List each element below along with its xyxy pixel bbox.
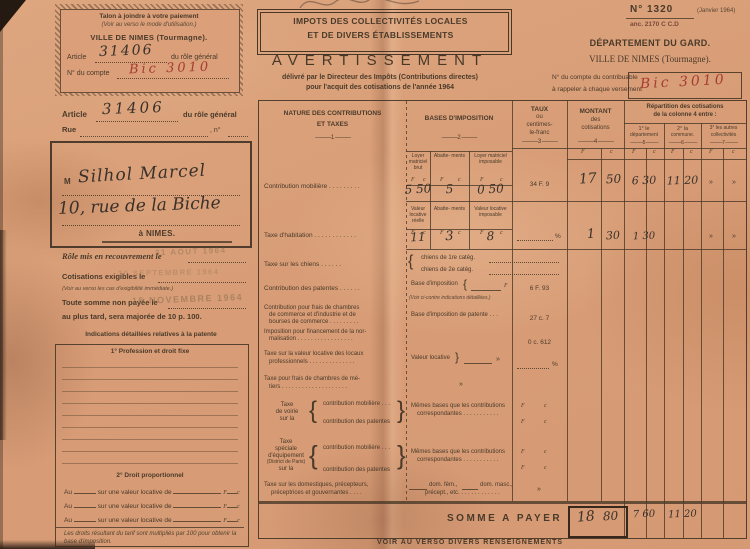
subheader-loyer-brut: Loyer matriciel brut bbox=[407, 154, 429, 171]
chiens-brace: { bbox=[408, 253, 413, 271]
chiens-base1-leader bbox=[489, 262, 559, 263]
f-blank bbox=[227, 500, 237, 508]
subheader-abattements: Abatte- ments bbox=[431, 154, 468, 160]
voirie-brace-open: { bbox=[309, 397, 317, 425]
row-normalisation-l2: malisation . . . . . . . . . . . . . . .… bbox=[269, 336, 353, 343]
f-blank bbox=[227, 486, 237, 494]
locaux-base-brace: } bbox=[455, 351, 459, 365]
unit-f: F bbox=[671, 149, 675, 156]
patentes-note: (Voir ci-contre indications détaillées.) bbox=[409, 296, 491, 302]
form-number-rule bbox=[626, 18, 694, 19]
row-domestiques-l1: Taxe sur les domestiques, précepteurs, bbox=[264, 482, 368, 489]
row-chambres-l1: Contribution pour frais de chambres bbox=[264, 305, 359, 312]
row-voirie-s2: de voirie bbox=[267, 409, 307, 416]
date-stamp-1: 31 AOUT 1964 bbox=[155, 246, 227, 258]
subheader-vl-reelle: Valeur locative réelle bbox=[407, 207, 429, 224]
col-commune-header2: commune. bbox=[664, 133, 701, 139]
col-number-6: 6 bbox=[664, 141, 701, 147]
row-equipement-s1: Taxe bbox=[263, 439, 309, 446]
droit-prop-line-1: Au sur une valeur locative de Fc bbox=[64, 486, 240, 497]
value-abattements2: 3 bbox=[431, 229, 469, 246]
value-abattements: 5 bbox=[431, 182, 469, 198]
col-number-2: 2 bbox=[406, 135, 512, 142]
payment-stub: Talon à joindre à votre paiement (Voir a… bbox=[55, 4, 243, 96]
taux-domestiques-ditto: » bbox=[537, 486, 541, 494]
unit-c: c bbox=[653, 149, 656, 156]
row-equipement-s4: (District de Paris) bbox=[263, 460, 309, 466]
subheader-abattements2: Abatte- ments bbox=[431, 207, 468, 213]
stub-article-value: 31406 bbox=[99, 42, 154, 60]
equipement-item1: contribution mobilière . . . bbox=[323, 445, 390, 452]
somme-a-payer-label: SOMME A PAYER bbox=[447, 513, 562, 525]
unit-c: c bbox=[544, 465, 547, 472]
value-vl-reelle: 11 bbox=[403, 230, 434, 245]
col-montant-header3: cotisations bbox=[567, 125, 624, 132]
autres-habitation-ditto-c: » bbox=[732, 233, 736, 241]
stub-line1: Talon à joindre à votre paiement bbox=[61, 13, 237, 20]
grid-line bbox=[406, 151, 512, 152]
montant-habitation-c: 30 bbox=[606, 230, 621, 243]
equipement-brace-close: } bbox=[397, 441, 406, 471]
department-title: DÉPARTEMENT DU GARD. bbox=[558, 38, 742, 48]
col-number-3: 3 bbox=[512, 139, 567, 146]
stub-article-label: Article bbox=[67, 54, 86, 62]
taxpayer-name: Silhol Marcel bbox=[78, 162, 207, 188]
row-voirie-s3: sur la bbox=[267, 416, 307, 423]
recouvrement-line1-blank bbox=[188, 262, 246, 263]
civility-label: M bbox=[64, 177, 71, 186]
montant-mobiliere-c: 50 bbox=[606, 173, 622, 188]
article-suffix: du rôle général bbox=[183, 111, 237, 120]
taux-chambres: 27 c. 7 bbox=[512, 315, 567, 322]
unit-c: c bbox=[732, 149, 735, 156]
subheader-vl-imposable: Valeur locative imposable bbox=[470, 207, 511, 219]
ruled-line bbox=[62, 403, 238, 404]
chambres-base: Base d'imposition de patente . . . bbox=[411, 312, 498, 319]
montant-habitation-f: 1 bbox=[586, 228, 595, 243]
equipement-brace-open: { bbox=[309, 441, 318, 471]
taxpayer-city: à NIMES. bbox=[112, 229, 202, 238]
au-mid: sur une valeur locative de bbox=[98, 503, 172, 510]
unit-f: F bbox=[709, 149, 713, 156]
voirie-item2: contribution des patentes bbox=[323, 419, 390, 426]
ruled-line bbox=[62, 415, 238, 416]
centime-label: c bbox=[237, 490, 240, 496]
autres-mobiliere-ditto-c: » bbox=[732, 179, 736, 187]
vl-blank bbox=[173, 514, 221, 522]
montant-mobiliere-f: 17 bbox=[578, 170, 597, 187]
grid-line bbox=[259, 501, 746, 504]
rue-n-line bbox=[228, 136, 248, 137]
au-blank bbox=[74, 514, 96, 522]
col-nature-header1: NATURE DES CONTRIBUTIONS bbox=[259, 110, 406, 117]
au-blank bbox=[74, 500, 96, 508]
taux-locaux-blank bbox=[517, 368, 549, 369]
avertissement-title: AVERTISSEMENT bbox=[250, 52, 510, 69]
unit-f: F bbox=[521, 403, 525, 410]
row-metiers-l2: tiers . . . . . . . . . . . . . . . . . … bbox=[269, 384, 347, 391]
chiens-base2: chiens de 2e catég. bbox=[421, 267, 473, 274]
somme-dept: 7 60 bbox=[624, 508, 664, 521]
unit-c: c bbox=[544, 403, 547, 410]
scan-corner-top-left bbox=[0, 0, 26, 32]
chiens-base2-leader bbox=[489, 274, 559, 275]
row-locaux-l2: professionnels . . . . . . . . . . . . .… bbox=[269, 359, 354, 366]
droit-prop-line-2: Au sur une valeur locative de Fc bbox=[64, 500, 240, 511]
col-number-7: 7 bbox=[701, 141, 746, 147]
unit-c: c bbox=[544, 419, 547, 426]
ruled-line bbox=[62, 379, 238, 380]
centime-label: c bbox=[237, 504, 240, 510]
au-mid: sur une valeur locative de bbox=[98, 517, 172, 524]
grid-line bbox=[624, 101, 625, 538]
au-label: Au bbox=[64, 489, 72, 496]
unit-c: c bbox=[610, 149, 613, 156]
vl-blank bbox=[173, 500, 221, 508]
commune-mobiliere: 11 20 bbox=[664, 174, 701, 188]
unit-f: F bbox=[521, 465, 525, 472]
col-nature-header2: ET TAXES bbox=[259, 121, 406, 128]
unit-f: F bbox=[521, 419, 525, 426]
patente-section1: 1° Profession et droit fixe bbox=[56, 348, 244, 355]
address-line bbox=[62, 225, 240, 226]
taux-mobiliere: 34 F. 9 bbox=[512, 181, 567, 188]
grid-line bbox=[683, 148, 684, 538]
au-label: Au bbox=[64, 503, 72, 510]
vl-blank bbox=[173, 486, 221, 494]
row-voirie-s1: Taxe bbox=[267, 402, 307, 409]
row-patentes-label: Contribution des patentes . . . . . . bbox=[264, 285, 360, 292]
dept-habitation: 1 30 bbox=[624, 230, 664, 243]
grid-line bbox=[567, 101, 568, 501]
title-box-line2: ET DE DIVERS ÉTABLISSEMENTS bbox=[261, 31, 500, 41]
grid-line bbox=[624, 123, 746, 124]
domestiques-base1b: dom. masc., bbox=[480, 482, 513, 489]
ruled-line bbox=[62, 427, 238, 428]
grid-line bbox=[406, 249, 746, 250]
col-number-5: 5 bbox=[624, 141, 664, 147]
scanned-tax-notice: Talon à joindre à votre paiement (Voir a… bbox=[0, 0, 750, 549]
f-blank bbox=[227, 514, 237, 522]
patente-box: 1° Profession et droit fixe 2° Droit pro… bbox=[55, 344, 249, 547]
ruled-line bbox=[62, 391, 238, 392]
row-locaux-l1: Taxe sur la valeur locative des locaux bbox=[264, 351, 363, 358]
date-stamp-2: 30 SEPTEMBRE 1964 bbox=[118, 268, 220, 278]
domestiques-base2: précept., etc. . . . . . . . . . . . . bbox=[425, 490, 500, 497]
col-taux-header4: le-franc bbox=[512, 130, 567, 137]
form-number: N° 1320 bbox=[630, 4, 673, 16]
row-normalisation-l1: Imposition pour financement de la nor- bbox=[264, 329, 366, 336]
recouvrement-note: (Voir au verso les cas d'exigibilité imm… bbox=[62, 286, 173, 292]
autres-habitation-ditto-f: » bbox=[709, 233, 713, 241]
rue-n-label: , n° bbox=[210, 127, 221, 135]
value-loyer-imposable: 0 50 bbox=[470, 182, 512, 198]
ruled-line bbox=[62, 451, 238, 452]
city-title: VILLE DE NIMES (Tourmagne). bbox=[558, 54, 742, 64]
equipement-base1: Mêmes bases que les contributions bbox=[411, 449, 505, 456]
col-taux-header1: TAUX bbox=[512, 106, 567, 113]
dept-mobiliere: 6 30 bbox=[624, 174, 664, 188]
city-rule bbox=[102, 241, 232, 243]
masthead-subtitle1: délivré par le Directeur des Impôts (Con… bbox=[250, 74, 510, 82]
col-autres-header2: collectivités bbox=[701, 133, 746, 139]
somme-montant-f: 18 bbox=[576, 508, 595, 526]
tax-table: NATURE DES CONTRIBUTIONS ET TAXES 1 BASE… bbox=[258, 100, 747, 539]
patentes-base-brace: { bbox=[463, 278, 467, 292]
row-metiers-l1: Taxe pour frais de chambres de mé- bbox=[264, 376, 360, 383]
col-number-4: 4 bbox=[567, 139, 624, 146]
taux-normalisation: 0 c. 612 bbox=[512, 339, 567, 346]
autres-mobiliere-ditto-f: » bbox=[709, 179, 713, 187]
stub-account-value: Bic 3010 bbox=[129, 61, 212, 79]
voirie-base1: Mêmes bases que les contributions bbox=[411, 403, 505, 410]
subheader-loyer-imposable: Loyer matriciel imposable bbox=[470, 154, 511, 166]
rue-label: Rue bbox=[62, 126, 76, 135]
rue-line bbox=[80, 136, 208, 137]
unit-f: F bbox=[632, 149, 636, 156]
metiers-ditto: » bbox=[459, 381, 463, 389]
article-value: 31406 bbox=[102, 99, 165, 118]
grid-line bbox=[512, 101, 513, 501]
voirie-base2: correspondantes . . . . . . . . . . . bbox=[417, 411, 498, 418]
locaux-base-blank bbox=[464, 363, 492, 364]
taux-habitation-percent: % bbox=[555, 233, 561, 240]
col-autres-header1: 3° les autres bbox=[701, 126, 746, 132]
recouvrement-line3-blank bbox=[168, 308, 246, 309]
voirie-brace-close: } bbox=[397, 397, 405, 425]
locaux-base: Valeur locative bbox=[411, 355, 450, 362]
row-chambres-l2: de commerce et d'industrie et de bbox=[269, 312, 356, 319]
col-taux-header2: ou bbox=[512, 114, 567, 121]
somme-montant-c: 80 bbox=[603, 510, 619, 525]
stub-account-label: N° du compte bbox=[67, 70, 110, 78]
row-chambres-l3: bourses de commerce . . . . . . . . . bbox=[269, 319, 358, 326]
col-taux-header3: centimes- bbox=[512, 122, 567, 129]
col-montant-header1: MONTANT bbox=[567, 108, 624, 115]
col-number-1: 1 bbox=[259, 135, 406, 142]
row-chiens-label: Taxe sur les chiens . . . . . . bbox=[264, 261, 341, 268]
equipement-item2: contribution des patentes bbox=[323, 467, 390, 474]
row-equipement-s5: sur la bbox=[263, 466, 309, 473]
ruled-line bbox=[62, 367, 238, 368]
col-dept-header2: département bbox=[624, 133, 664, 139]
grid-line bbox=[567, 159, 746, 160]
value-vl-imposable: 8 bbox=[470, 229, 512, 245]
droit-prop-line-3: Au sur une valeur locative de Fc bbox=[64, 514, 240, 525]
locaux-base-ditto: » bbox=[496, 356, 500, 364]
grid-line bbox=[646, 148, 647, 538]
patentes-base-blank bbox=[471, 290, 501, 291]
au-blank bbox=[74, 486, 96, 494]
row-domestiques-l2: préceptrices et gouvernantes . . . . bbox=[271, 490, 362, 497]
unit-f: F bbox=[521, 449, 525, 456]
recouvrement-line2-blank bbox=[158, 282, 246, 283]
unit-c: c bbox=[690, 149, 693, 156]
recouvrement-line4: au plus tard, sera majorée de 10 p. 100. bbox=[62, 313, 202, 322]
patentes-base-unit: F bbox=[504, 283, 508, 290]
form-old-number: anc. 2170 C C.D bbox=[630, 21, 679, 28]
row-mobiliere-label: Contribution mobilière . . . . . . . . . bbox=[264, 183, 360, 190]
scan-edge-left-full bbox=[0, 0, 3, 549]
row-equipement-s2: spéciale bbox=[263, 446, 309, 453]
col-bases-header: BASES D'IMPOSITION bbox=[406, 115, 512, 122]
voirie-item1: contribution mobilière . . . bbox=[323, 401, 390, 408]
col-repartition-header2: de la colonne 4 entre : bbox=[624, 112, 746, 119]
somme-commune: 11 20 bbox=[664, 508, 701, 521]
taxpayer-box: M Silhol Marcel 10, rue de la Biche à NI… bbox=[50, 141, 252, 248]
au-label: Au bbox=[64, 517, 72, 524]
value-loyer-brut: 5 50 bbox=[403, 182, 434, 197]
verso-note: VOIR AU VERSO DIVERS RENSEIGNEMENTS bbox=[320, 539, 620, 547]
taux-locaux-percent: % bbox=[552, 361, 558, 368]
ruled-line bbox=[62, 439, 238, 440]
stub-line2: (Voir au verso le mode d'utilisation.) bbox=[61, 22, 237, 29]
account-note1: N° du compte du contribuable bbox=[552, 74, 638, 81]
equipement-base2: correspondantes . . . . . . . . . . . bbox=[417, 457, 498, 464]
masthead-subtitle2: pour l'acquit des cotisations de l'année… bbox=[250, 84, 510, 92]
ruled-line bbox=[62, 463, 238, 464]
recouvrement-line1: Rôle mis en recouvrement le bbox=[62, 252, 162, 262]
unit-f: F bbox=[581, 149, 585, 156]
grid-line bbox=[406, 201, 746, 202]
au-mid: sur une valeur locative de bbox=[98, 489, 172, 496]
patente-separator bbox=[56, 527, 244, 528]
date-stamp-3: 15 NOVEMBRE 1964 bbox=[132, 292, 243, 306]
centime-label: c bbox=[237, 518, 240, 524]
col-repartition-header1: Répartition des cotisations bbox=[624, 104, 746, 111]
patente-indications-title: Indications détaillées relatives à la pa… bbox=[55, 331, 247, 338]
patentes-base-label: Base d'imposition bbox=[411, 281, 458, 288]
unit-c: c bbox=[544, 449, 547, 456]
patente-section2: 2° Droit proportionnel bbox=[56, 472, 244, 479]
chiens-base1: chiens de 1re catég. bbox=[421, 255, 475, 262]
taux-habitation-blank bbox=[517, 240, 553, 241]
col-montant-header2: des bbox=[567, 117, 624, 124]
form-date: (Janvier 1964) bbox=[697, 8, 735, 15]
article-label: Article bbox=[62, 110, 87, 119]
domestiques-base1a: dom. fém., bbox=[429, 482, 457, 489]
grid-line bbox=[723, 148, 724, 538]
taux-patentes: 6 F. 93 bbox=[512, 285, 567, 292]
row-habitation-label: Taxe d'habitation . . . . . . . . . . . … bbox=[264, 232, 356, 239]
title-box: IMPOTS DES COLLECTIVITÉS LOCALES ET DE D… bbox=[257, 9, 512, 55]
article-line bbox=[96, 121, 178, 122]
title-box-line1: IMPOTS DES COLLECTIVITÉS LOCALES bbox=[261, 17, 500, 27]
taxpayer-address: 10, rue de la Biche bbox=[58, 194, 221, 219]
patente-footnote: Les droits résultant du tarif sont multi… bbox=[64, 531, 238, 547]
